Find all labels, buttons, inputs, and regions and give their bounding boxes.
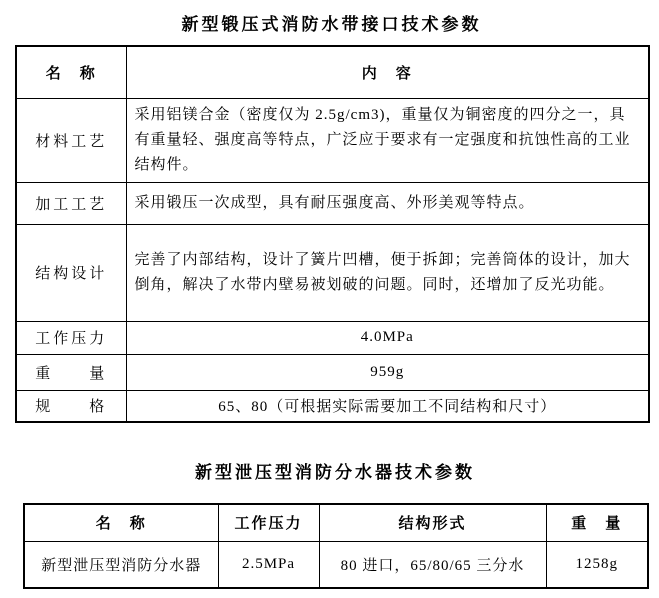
header-structure: 结构形式 <box>319 504 546 541</box>
table-row: 材料工艺 采用铝镁合金（密度仅为 2.5g/cm3)，重量仅为铜密度的四分之一，… <box>16 98 649 182</box>
header-pressure: 工作压力 <box>218 504 319 541</box>
table-row: 加工工艺 采用锻压一次成型，具有耐压强度高、外形美观等特点。 <box>16 182 649 224</box>
table-row: 规 格 65、80（可根据实际需要加工不同结构和尺寸） <box>16 390 649 422</box>
row-value-structure: 完善了内部结构，设计了簧片凹槽，便于拆卸；完善筒体的设计，加大倒角，解决了水带内… <box>126 224 649 321</box>
table-header-row: 名 称 工作压力 结构形式 重 量 <box>24 504 648 541</box>
header-name: 名 称 <box>24 504 218 541</box>
row-value-material: 采用铝镁合金（密度仅为 2.5g/cm3)，重量仅为铜密度的四分之一，具有重量轻… <box>126 98 649 182</box>
row-value-pressure: 4.0MPa <box>126 321 649 354</box>
forged-coupling-spec-table: 名 称 内 容 材料工艺 采用铝镁合金（密度仅为 2.5g/cm3)，重量仅为铜… <box>15 45 650 423</box>
table-row: 新型泄压型消防分水器 2.5MPa 80 进口，65/80/65 三分水 125… <box>24 541 648 588</box>
row-label-weight: 重 量 <box>16 354 126 390</box>
row-label-pressure: 工作压力 <box>16 321 126 354</box>
cell-structure: 80 进口，65/80/65 三分水 <box>319 541 546 588</box>
row-value-spec: 65、80（可根据实际需要加工不同结构和尺寸） <box>126 390 649 422</box>
header-content: 内 容 <box>126 46 649 98</box>
row-label-processing: 加工工艺 <box>16 182 126 224</box>
cell-product-name: 新型泄压型消防分水器 <box>24 541 218 588</box>
water-divider-title: 新型泄压型消防分水器技术参数 <box>23 458 647 483</box>
header-weight: 重 量 <box>546 504 648 541</box>
header-name: 名 称 <box>16 46 126 98</box>
row-label-structure: 结构设计 <box>16 224 126 321</box>
table-row: 重 量 959g <box>16 354 649 390</box>
cell-weight: 1258g <box>546 541 648 588</box>
row-label-spec: 规 格 <box>16 390 126 422</box>
forged-coupling-title: 新型锻压式消防水带接口技术参数 <box>15 10 648 35</box>
row-label-material: 材料工艺 <box>16 98 126 182</box>
table-row: 结构设计 完善了内部结构，设计了簧片凹槽，便于拆卸；完善筒体的设计，加大倒角，解… <box>16 224 649 321</box>
water-divider-spec-table: 名 称 工作压力 结构形式 重 量 新型泄压型消防分水器 2.5MPa 80 进… <box>23 503 649 589</box>
row-value-processing: 采用锻压一次成型，具有耐压强度高、外形美观等特点。 <box>126 182 649 224</box>
table-header-row: 名 称 内 容 <box>16 46 649 98</box>
row-value-weight: 959g <box>126 354 649 390</box>
document-page: { "page": { "background": "#ffffff", "te… <box>0 0 659 598</box>
cell-pressure: 2.5MPa <box>218 541 319 588</box>
table-row: 工作压力 4.0MPa <box>16 321 649 354</box>
